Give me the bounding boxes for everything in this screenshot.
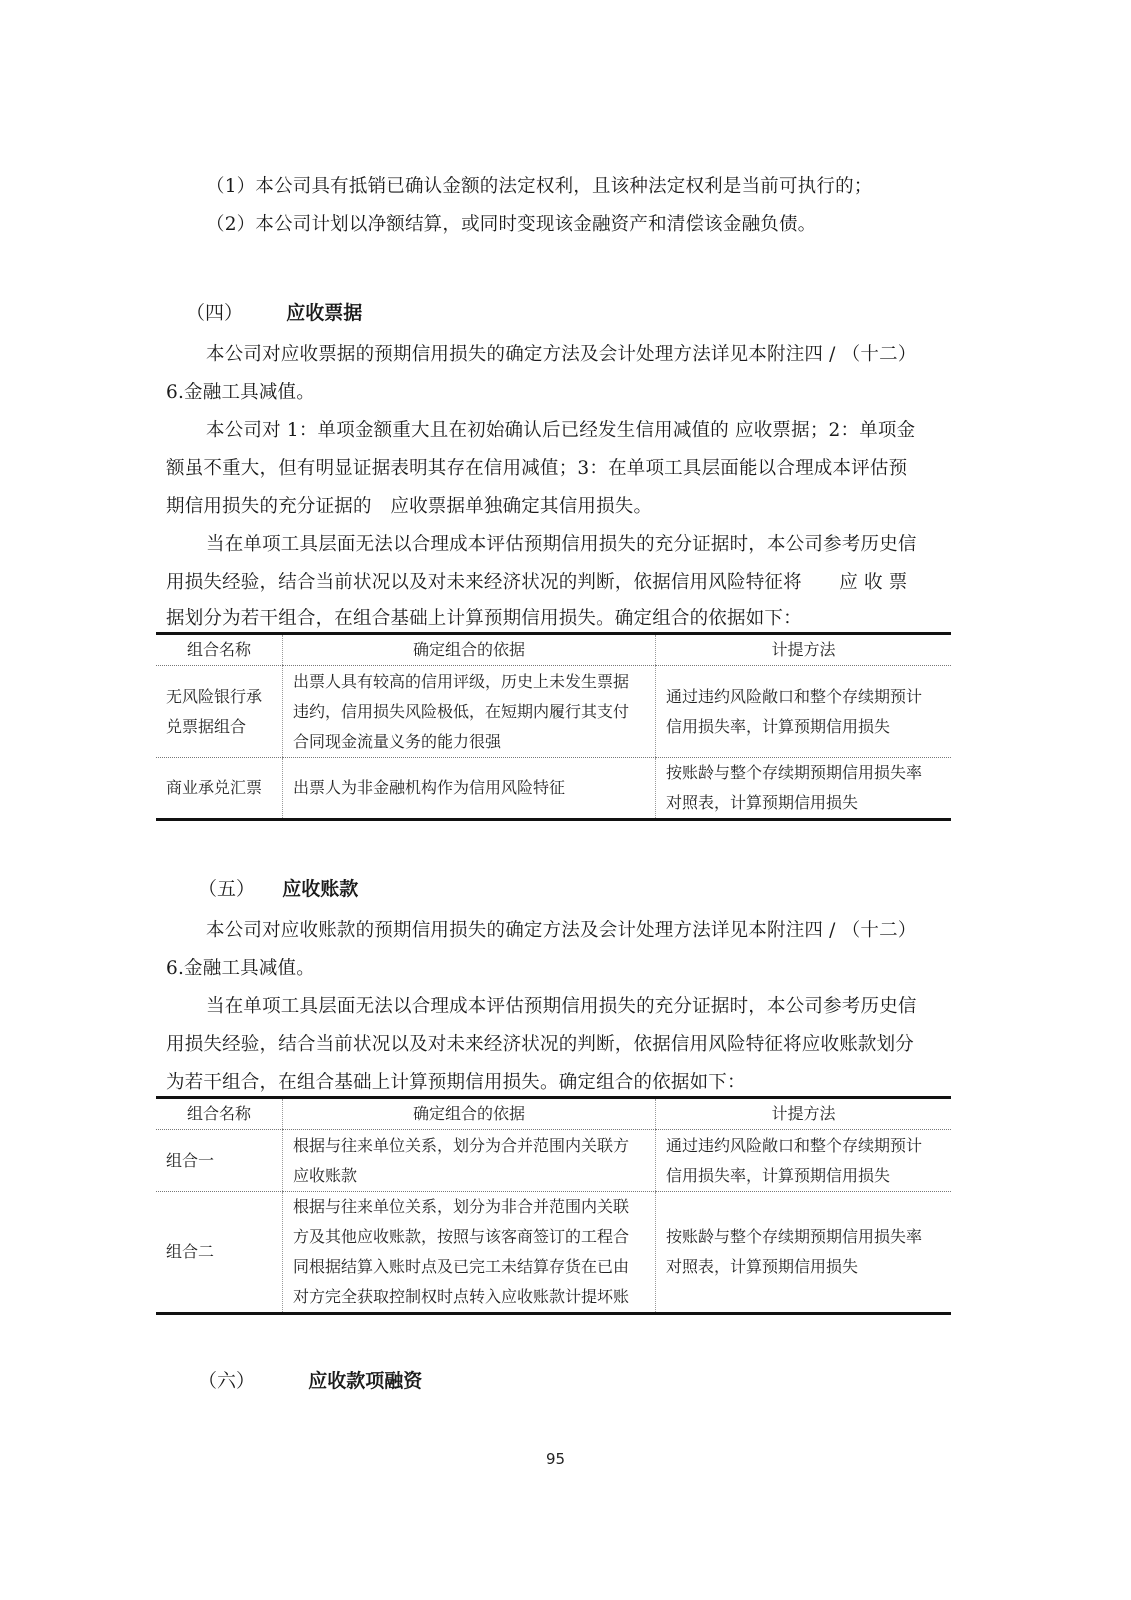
section-5-heading: （五） 应收账款 (198, 874, 358, 901)
cell-basis: 出票人为非金融机构作为信用风险特征 (283, 758, 656, 820)
column-header-method: 计提方法 (656, 634, 952, 666)
cell-method: 按账龄与整个存续期预期信用损失率 对照表，计算预期信用损失 (656, 758, 952, 820)
table-row: 无风险银行承 兑票据组合 出票人具有较高的信用评级，历史上未发生票据 违约，信用… (156, 666, 951, 758)
clause-2: （2）本公司计划以净额结算，或同时变现该金融资产和清偿该金融负债。 (206, 206, 816, 244)
cell-method: 通过违约风险敞口和整个存续期预计 信用损失率，计算预期信用损失 (656, 1130, 952, 1192)
cell-portfolio-name: 组合二 (156, 1192, 283, 1314)
section-4-title: 应收票据 (286, 302, 362, 324)
section-4-para1-line2: 6.金融工具减值。 (166, 374, 315, 412)
section-4-para2-line2: 额虽不重大，但有明显证据表明其存在信用减值；3：在单项工具层面能以合理成本评估预 (166, 450, 907, 488)
notes-receivable-portfolio-table: 组合名称 确定组合的依据 计提方法 无风险银行承 兑票据组合 出票人具有较高的信… (156, 632, 951, 821)
clause-1: （1）本公司具有抵销已确认金额的法定权利，且该种法定权利是当前可执行的； (206, 168, 872, 206)
cell-basis: 根据与往来单位关系，划分为非合并范围内关联 方及其他应收账款，按照与该客商签订的… (283, 1192, 656, 1314)
section-4-number: （四） (186, 302, 243, 324)
page-number: 95 (546, 1450, 565, 1468)
column-header-basis: 确定组合的依据 (283, 1098, 656, 1130)
column-header-method: 计提方法 (656, 1098, 952, 1130)
cell-portfolio-name: 无风险银行承 兑票据组合 (156, 666, 283, 758)
cell-basis: 根据与往来单位关系，划分为合并范围内关联方 应收账款 (283, 1130, 656, 1192)
column-header-basis: 确定组合的依据 (283, 634, 656, 666)
section-5-para2-line2: 用损失经验，结合当前状况以及对未来经济状况的判断，依据信用风险特征将应收账款划分 (166, 1026, 914, 1064)
cell-portfolio-name: 组合一 (156, 1130, 283, 1192)
table-row: 组合二 根据与往来单位关系，划分为非合并范围内关联 方及其他应收账款，按照与该客… (156, 1192, 951, 1314)
cell-portfolio-name: 商业承兑汇票 (156, 758, 283, 820)
section-5-para1-line2: 6.金融工具减值。 (166, 950, 315, 988)
section-5-title: 应收账款 (282, 878, 358, 900)
cell-basis: 出票人具有较高的信用评级，历史上未发生票据 违约，信用损失风险极低，在短期内履行… (283, 666, 656, 758)
table-header-row: 组合名称 确定组合的依据 计提方法 (156, 634, 951, 666)
section-4-para3-line1: 当在单项工具层面无法以合理成本评估预期信用损失的充分证据时，本公司参考历史信 (206, 526, 917, 564)
cell-method: 按账龄与整个存续期预期信用损失率 对照表，计算预期信用损失 (656, 1192, 952, 1314)
table-header-row: 组合名称 确定组合的依据 计提方法 (156, 1098, 951, 1130)
document-page: （1）本公司具有抵销已确认金额的法定权利，且该种法定权利是当前可执行的； （2）… (0, 0, 1131, 1600)
column-header-portfolio-name: 组合名称 (156, 634, 283, 666)
accounts-receivable-portfolio-table: 组合名称 确定组合的依据 计提方法 组合一 根据与往来单位关系，划分为合并范围内… (156, 1096, 951, 1315)
section-5-para1-line1: 本公司对应收账款的预期信用损失的确定方法及会计处理方法详见本附注四 / （十二） (206, 912, 917, 950)
section-5-number: （五） (198, 878, 255, 900)
section-4-para3-line2: 用损失经验，结合当前状况以及对未来经济状况的判断，依据信用风险特征将 应 收 票 (166, 564, 907, 602)
cell-method: 通过违约风险敞口和整个存续期预计 信用损失率，计算预期信用损失 (656, 666, 952, 758)
section-4-para2-line1: 本公司对 1：单项金额重大且在初始确认后已经发生信用减值的 应收票据；2：单项金 (206, 412, 915, 450)
section-4-para2-line3: 期信用损失的充分证据的 应收票据单独确定其信用损失。 (166, 488, 652, 526)
section-4-heading: （四） 应收票据 (186, 298, 362, 325)
section-6-title: 应收款项融资 (308, 1370, 422, 1392)
section-5-para2-line1: 当在单项工具层面无法以合理成本评估预期信用损失的充分证据时，本公司参考历史信 (206, 988, 917, 1026)
table-row: 商业承兑汇票 出票人为非金融机构作为信用风险特征 按账龄与整个存续期预期信用损失… (156, 758, 951, 820)
section-4-para1-line1: 本公司对应收票据的预期信用损失的确定方法及会计处理方法详见本附注四 / （十二） (206, 336, 917, 374)
section-6-heading: （六） 应收款项融资 (198, 1366, 422, 1393)
table-row: 组合一 根据与往来单位关系，划分为合并范围内关联方 应收账款 通过违约风险敞口和… (156, 1130, 951, 1192)
column-header-portfolio-name: 组合名称 (156, 1098, 283, 1130)
section-6-number: （六） (198, 1370, 255, 1392)
